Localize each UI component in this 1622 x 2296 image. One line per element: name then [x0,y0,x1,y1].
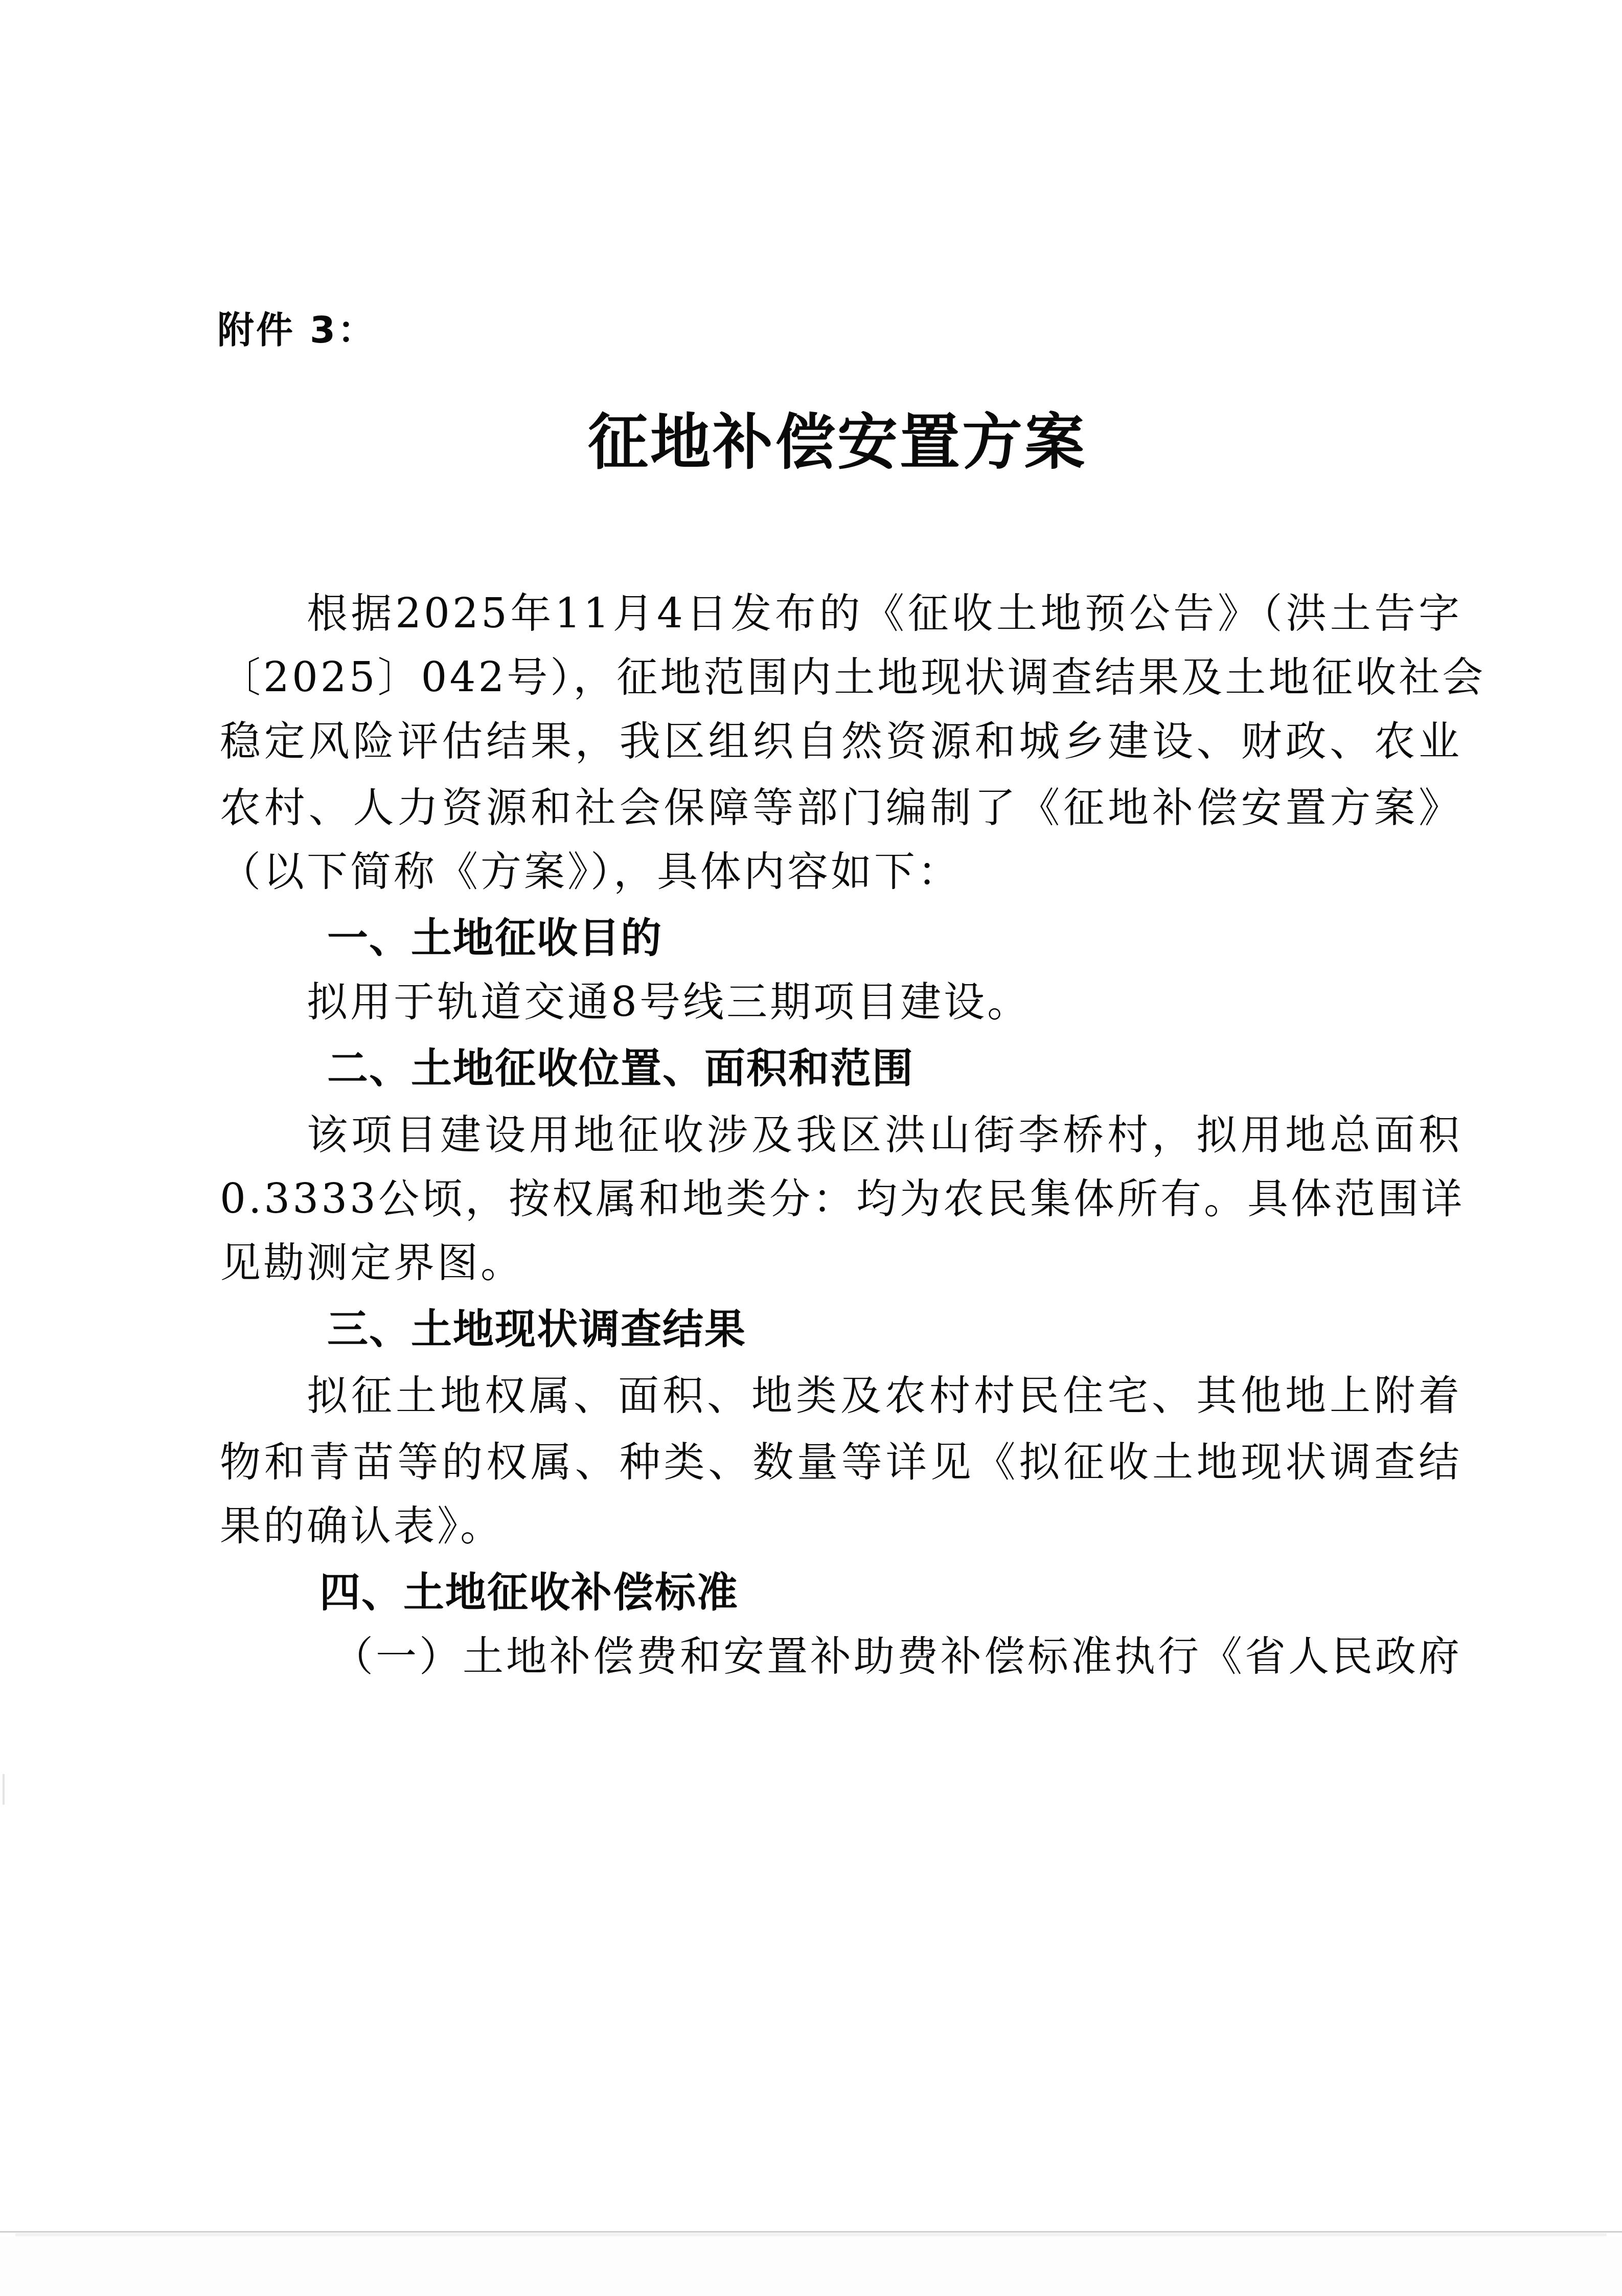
intro-line-5: （以下简称《方案》），具体内容如下： [220,846,1462,897]
intro-line-1: 根据2025年11月4日发布的《征收土地预公告》（洪土告字 [307,588,1462,639]
section-3-line-2: 物和青苗等的权属、种类、数量等详见《拟征收土地现状调查结 [220,1437,1462,1488]
section-4-heading: 四、土地征收补偿标准 [319,1567,739,1618]
section-2-line-1: 该项目建设用地征收涉及我区洪山街李桥村，拟用地总面积 [307,1109,1462,1161]
attachment-label: 附件 3： [217,307,376,353]
scan-artifact [3,1774,5,1805]
section-4-line-1: （一）土地补偿费和安置补助费补偿标准执行《省人民政府 [332,1631,1462,1682]
section-3-line-3: 果的确认表》。 [220,1501,1462,1552]
section-3-heading: 三、土地现状调查结果 [327,1304,746,1355]
section-2-line-3: 见勘测定界图。 [220,1237,1462,1288]
document-page: 附件 3： 征地补偿安置方案 根据2025年11月4日发布的《征收土地预公告》（… [0,0,1622,2232]
intro-line-3: 稳定风险评估结果，我区组织自然资源和城乡建设、财政、农业 [220,716,1462,767]
section-1-line-1: 拟用于轨道交通8号线三期项目建设。 [307,976,1549,1028]
intro-line-2: 〔2025〕042号），征地范围内土地现状调查结果及土地征收社会 [220,652,1462,703]
section-1-heading: 一、土地征收目的 [327,913,662,964]
section-2-line-2: 0.3333公顷，按权属和地类分：均为农民集体所有。具体范围详 [220,1173,1462,1224]
document-title: 征地补偿安置方案 [588,404,1089,481]
section-2-heading: 二、土地征收位置、面积和范围 [327,1043,914,1094]
page-edge-divider [0,2231,1622,2233]
intro-line-4: 农村、人力资源和社会保障等部门编制了《征地补偿安置方案》 [220,782,1462,833]
section-3-line-1: 拟征土地权属、面积、地类及农村村民住宅、其他地上附着 [307,1370,1462,1421]
next-page-area [0,2236,1622,2296]
